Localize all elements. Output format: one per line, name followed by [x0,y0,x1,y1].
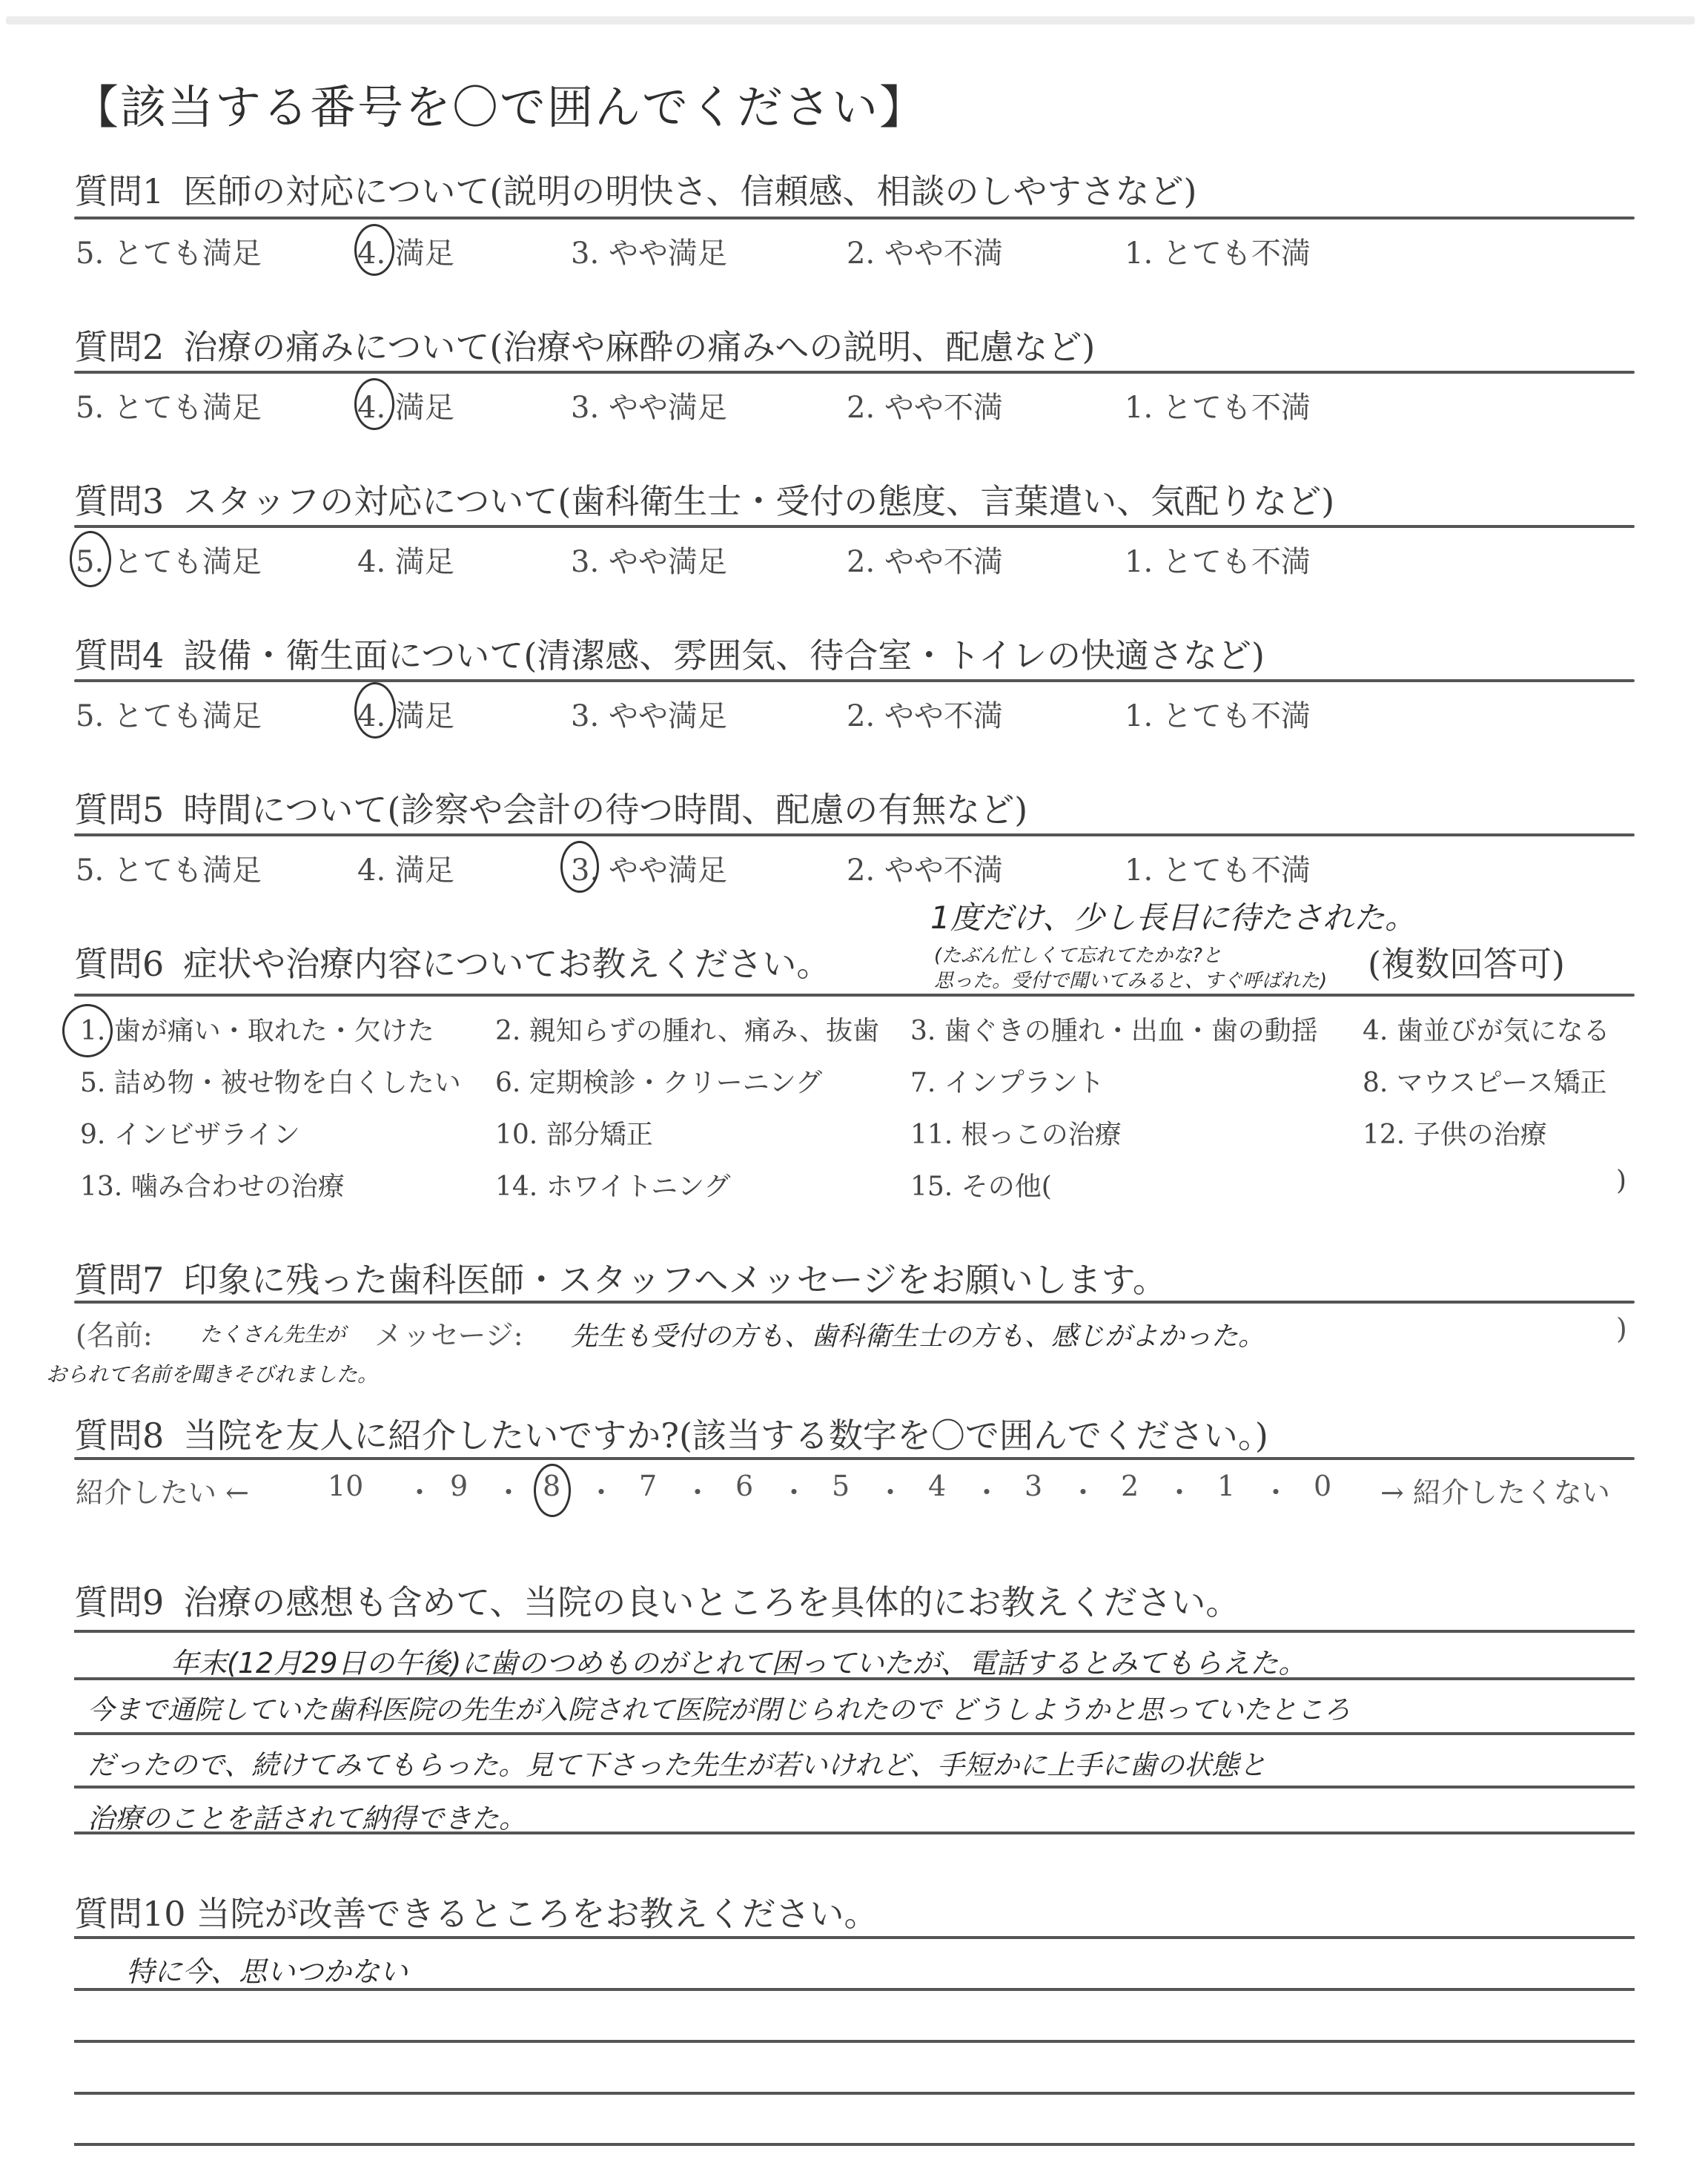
page-title: 【該当する番号を〇で囲んでください】 [73,70,927,136]
question-4-number: 質問4 [74,635,164,676]
q3-option-3[interactable]: 3. やや満足 [571,538,727,581]
question-8-text: 当院を友人に紹介したいですか?(該当する数字を〇で囲んでください。) [183,1416,1268,1456]
q6-option-8[interactable]: 8. マウスピース矯正 [1363,1062,1606,1100]
question-3-text: スタッフの対応について(歯科衛生士・受付の態度、言葉遣い、気配りなど) [183,481,1334,521]
q4-option-5[interactable]: 5. とても満足 [76,693,262,735]
q6-option-11[interactable]: 11. 根っこの治療 [910,1114,1122,1152]
q1-option-4[interactable]: 4. 満足 [357,230,454,272]
q5-option-3[interactable]: 3. やや満足 [571,847,727,889]
q10-answer-line-1[interactable]: 特に今、思いつかない [126,1949,408,1989]
q9-answer-line-1[interactable]: 年末(12月29日の午後)に歯のつめものがとれて困っていたが、電話するとみてもら… [171,1640,1306,1681]
question-9-text: 治療の感想も含めて、当院の良いところを具体的にお教えください。 [183,1582,1239,1622]
question-6-header: 質問6症状や治療内容についてお教えください。 [74,937,830,986]
question-6-number: 質問6 [74,944,164,984]
question-4-rule [74,679,1635,682]
question-1-number: 質問1 [74,171,164,211]
q1-option-1[interactable]: 1. とても不満 [1125,230,1311,272]
q6-option-7[interactable]: 7. インプラント [910,1062,1105,1100]
q2-option-2[interactable]: 2. やや不満 [847,384,1003,426]
q7-name-extra-note: おられて名前を聞きそびれました。 [46,1358,378,1388]
q8-dot: ・ [683,1470,712,1510]
q10-answer-rule [74,1936,1635,1939]
question-7-text: 印象に残った歯科医師・スタッフへメッセージをお願いします。 [183,1260,1167,1300]
q5-option-2[interactable]: 2. やや不満 [847,847,1003,889]
question-4-text: 設備・衛生面について(清潔感、雰囲気、待合室・トイレの快適さなど) [183,635,1265,676]
q9-answer-rule [74,1832,1635,1834]
q8-dot: ・ [406,1470,434,1510]
question-3-number: 質問3 [74,481,164,521]
question-7-header: 質問7印象に残った歯科医師・スタッフへメッセージをお願いします。 [74,1253,1167,1302]
q8-dot: ・ [780,1470,808,1510]
q8-score-1[interactable]: 1 [1217,1470,1235,1502]
q8-score-4[interactable]: 4 [928,1470,946,1502]
q6-multiple-answer-note: (複数回答可) [1368,937,1565,986]
q9-answer-line-3[interactable]: だったので、続けてみてもらった。見て下さった先生が若いけれど、手短かに上手に歯の… [87,1743,1266,1783]
question-1-header: 質問1医師の対応について(説明の明快さ、信頼感、相談のしやすさなど) [74,165,1196,214]
q8-score-8[interactable]: 8 [543,1470,560,1502]
question-2-text: 治療の痛みについて(治療や麻酔の痛みへの説明、配慮など) [183,327,1095,367]
q6-option-10[interactable]: 10. 部分矯正 [495,1114,653,1152]
q8-score-2[interactable]: 2 [1121,1470,1139,1502]
q6-option-6[interactable]: 6. 定期検診・クリーニング [495,1062,822,1100]
q6-option-14[interactable]: 14. ホワイトニング [495,1166,730,1203]
q7-name-label: (名前: [76,1312,153,1353]
q4-option-4[interactable]: 4. 満足 [357,693,454,735]
q4-option-3[interactable]: 3. やや満足 [571,693,727,735]
q8-dot: ・ [1165,1470,1194,1510]
q8-score-6[interactable]: 6 [735,1470,753,1502]
q8-score-7[interactable]: 7 [639,1470,657,1502]
q9-answer-rule [74,1677,1635,1680]
question-7-rule [74,1301,1635,1304]
question-4-header: 質問4設備・衛生面について(清潔感、雰囲気、待合室・トイレの快適さなど) [74,629,1265,678]
q10-answer-rule [74,2092,1635,2095]
q5-option-1[interactable]: 1. とても不満 [1125,847,1311,889]
q5-option-4[interactable]: 4. 満足 [357,847,454,889]
q8-right-label: → 紹介したくない [1380,1470,1610,1510]
q1-option-2[interactable]: 2. やや不満 [847,230,1003,272]
question-1-rule [74,217,1635,219]
q6-option-12[interactable]: 12. 子供の治療 [1363,1114,1547,1152]
question-2-rule [74,371,1635,374]
question-3-header: 質問3スタッフの対応について(歯科衛生士・受付の態度、言葉遣い、気配りなど) [74,475,1334,524]
question-6-rule [74,994,1635,997]
q8-dot: ・ [876,1470,904,1510]
question-8-number: 質問8 [74,1416,164,1456]
q9-answer-rule [74,1786,1635,1789]
q8-score-10[interactable]: 10 [328,1470,363,1502]
question-3-rule [74,525,1635,528]
q7-message-label: メッセージ: [374,1312,523,1353]
question-5-header: 質問5時間について(診察や会計の待つ時間、配慮の有無など) [74,783,1027,832]
question-9-header: 質問9治療の感想も含めて、当院の良いところを具体的にお教えください。 [74,1576,1239,1625]
q7-message-field[interactable]: 先生も受付の方も、歯科衛生士の方も、感じがよかった。 [571,1315,1265,1353]
q6-option-1[interactable]: 1. 歯が痛い・取れた・欠けた [80,1010,434,1048]
q9-answer-rule [74,1732,1635,1735]
question-7-number: 質問7 [74,1260,164,1300]
q10-answer-rule [74,1988,1635,1991]
question-8-rule [74,1457,1635,1460]
q8-score-9[interactable]: 9 [450,1470,468,1502]
question-5-text: 時間について(診察や会計の待つ時間、配慮の有無など) [183,790,1027,830]
q5-option-5[interactable]: 5. とても満足 [76,847,262,889]
question-10-header: 質問10当院が改善できるところをお教えください。 [74,1887,878,1936]
question-5-number: 質問5 [74,790,164,830]
question-8-header: 質問8当院を友人に紹介したいですか?(該当する数字を〇で囲んでください。) [74,1409,1268,1458]
q8-dot: ・ [973,1470,1001,1510]
q6-option-15-close-paren: ) [1616,1166,1626,1196]
q8-score-3[interactable]: 3 [1025,1470,1042,1502]
q6-option-2[interactable]: 2. 親知らずの腫れ、痛み、抜歯 [495,1010,879,1048]
q10-answer-rule [74,2143,1635,2146]
q8-dot: ・ [494,1470,523,1510]
question-5-rule [74,833,1635,836]
q6-option-15-other[interactable]: 15. その他( [910,1166,1052,1203]
q6-option-5[interactable]: 5. 詰め物・被せ物を白くしたい [80,1062,461,1100]
q8-dot: ・ [1069,1470,1097,1510]
q3-option-1[interactable]: 1. とても不満 [1125,538,1311,581]
q8-dot: ・ [1262,1470,1290,1510]
q3-option-4[interactable]: 4. 満足 [357,538,454,581]
question-6-text: 症状や治療内容についてお教えください。 [183,944,830,984]
q2-option-3[interactable]: 3. やや満足 [571,384,727,426]
q4-option-2[interactable]: 2. やや不満 [847,693,1003,735]
q7-name-field[interactable]: たくさん先生が [200,1318,345,1348]
q6-option-13[interactable]: 13. 噛み合わせの治療 [80,1166,345,1203]
q8-left-label: 紹介したい ← [76,1470,249,1510]
q6-option-4[interactable]: 4. 歯並びが気になる [1363,1010,1610,1048]
q2-option-4[interactable]: 4. 満足 [357,384,454,426]
q10-answer-rule [74,2040,1635,2043]
q8-score-0[interactable]: 0 [1314,1470,1331,1502]
q6-handwritten-note-line2: (たぶん忙しくて忘れてたかな?と [934,940,1222,968]
q3-option-2[interactable]: 2. やや不満 [847,538,1003,581]
q6-handwritten-note-line1: 1度だけ、少し長目に待たされた。 [930,894,1416,938]
q4-option-1[interactable]: 1. とても不満 [1125,693,1311,735]
q8-score-5[interactable]: 5 [832,1470,850,1502]
scan-top-edge [6,16,1695,24]
q7-close-paren: ) [1616,1312,1627,1345]
q1-option-5[interactable]: 5. とても満足 [76,230,262,272]
q1-option-3[interactable]: 3. やや満足 [571,230,727,272]
q3-option-5[interactable]: 5. とても満足 [76,538,262,581]
q2-option-5[interactable]: 5. とても満足 [76,384,262,426]
q6-option-3[interactable]: 3. 歯ぐきの腫れ・出血・歯の動揺 [910,1010,1318,1048]
question-2-number: 質問2 [74,327,164,367]
q9-answer-line-4[interactable]: 治療のことを話されて納得できた。 [87,1796,526,1836]
q6-option-9[interactable]: 9. インビザライン [80,1114,300,1152]
q9-answer-line-2[interactable]: 今まで通院していた歯科医院の先生が入院されて医院が閉じられたので どうしようかと… [87,1689,1350,1727]
question-9-number: 質問9 [74,1582,164,1622]
question-10-text: 当院が改善できるところをお教えください。 [196,1894,878,1934]
q9-answer-rule [74,1630,1635,1633]
question-10-number: 質問10 [74,1894,186,1934]
q2-option-1[interactable]: 1. とても不満 [1125,384,1311,426]
question-1-text: 医師の対応について(説明の明快さ、信頼感、相談のしやすさなど) [183,171,1196,211]
q6-handwritten-note-line3: 思った。受付で聞いてみると、すぐ呼ばれた) [934,965,1327,993]
question-2-header: 質問2治療の痛みについて(治療や麻酔の痛みへの説明、配慮など) [74,320,1095,369]
q8-dot: ・ [587,1470,615,1510]
